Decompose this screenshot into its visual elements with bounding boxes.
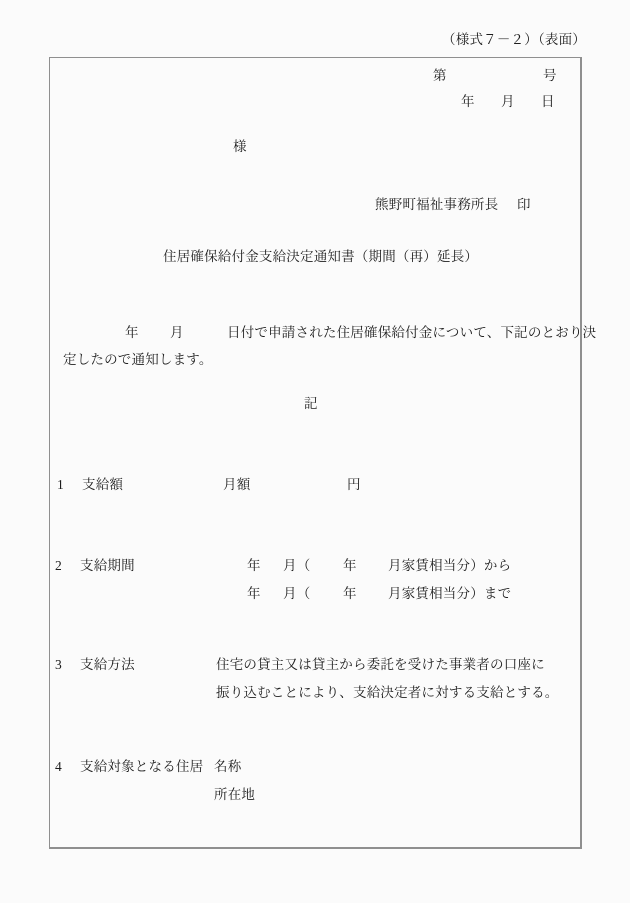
item-2-number: 2 <box>55 558 62 573</box>
item-1-yen-label: 円 <box>347 477 361 492</box>
item-2-to-year: 年 <box>247 586 261 601</box>
item-3-line2: 振り込むことにより、支給決定者に対する支給とする。 <box>216 685 559 700</box>
date-year-label: 年 <box>461 94 475 109</box>
item-3-line1: 住宅の貸主又は貸主から委託を受けた事業者の口座に <box>216 657 545 672</box>
item-3-label: 支給方法 <box>80 657 135 672</box>
document-page: （様式７－２）（表面） 第 号 年 月 日 様 熊野町福祉事務所長 印 住居確保… <box>0 0 630 903</box>
body-line2-text: 定したので通知します。 <box>63 352 213 367</box>
seal-placeholder: 印 <box>517 197 531 212</box>
item-4-number: 4 <box>55 759 62 774</box>
doc-number-prefix: 第 <box>433 68 447 83</box>
item-3-number: 3 <box>55 657 62 672</box>
form-style-label: （様式７－２）（表面） <box>442 32 586 47</box>
item-1-number: 1 <box>57 477 64 492</box>
ki-heading: 記 <box>304 396 318 411</box>
item-2-to-year2: 年 <box>343 586 357 601</box>
item-2-to-tail: 月家賃相当分）まで <box>388 586 511 601</box>
item-2-from-month-paren: 月（ <box>283 558 310 573</box>
doc-number-suffix: 号 <box>543 68 557 83</box>
item-2-label: 支給期間 <box>80 558 135 573</box>
document-title: 住居確保給付金支給決定通知書（期間（再）延長） <box>163 249 478 264</box>
body-line1-text: 日付で申請された住居確保給付金について、下記のとおり決 <box>227 325 596 340</box>
item-2-from-year2: 年 <box>343 558 357 573</box>
item-4-label: 支給対象となる住居 <box>80 759 203 774</box>
item-1-monthly-label: 月額 <box>223 477 250 492</box>
item-4-name-label: 名称 <box>214 759 241 774</box>
date-day-label: 日 <box>541 94 555 109</box>
item-4-address-label: 所在地 <box>214 787 255 802</box>
date-month-label: 月 <box>501 94 515 109</box>
issuer-name: 熊野町福祉事務所長 <box>375 197 498 212</box>
item-1-label: 支給額 <box>82 477 123 492</box>
body-month-label: 月 <box>170 325 184 340</box>
document-frame <box>49 57 582 849</box>
body-year-label: 年 <box>125 325 139 340</box>
item-2-from-year: 年 <box>247 558 261 573</box>
item-2-to-month-paren: 月（ <box>283 586 310 601</box>
item-2-from-tail: 月家賃相当分）から <box>388 558 511 573</box>
addressee-honorific: 様 <box>233 139 247 154</box>
